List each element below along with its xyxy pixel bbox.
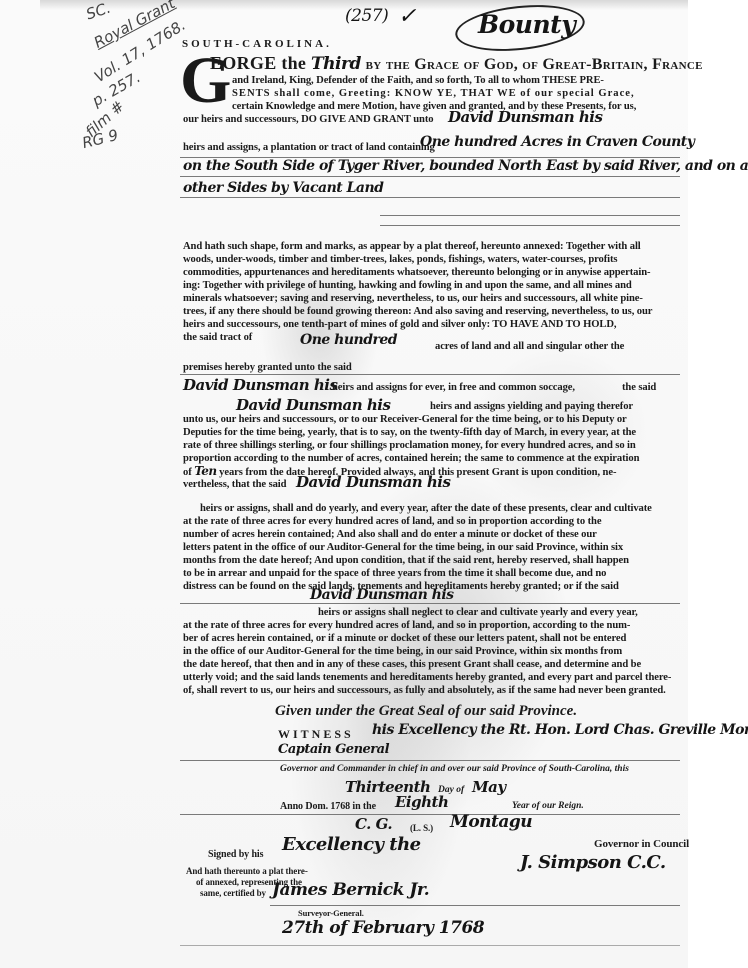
- opening-grace: by the Grace of God, of Great-Britain, F…: [366, 56, 703, 73]
- ruled-line: [270, 905, 680, 906]
- opening-line: EORGE the Third by the Grace of God, of …: [210, 53, 703, 74]
- body-line: proportion according to the number of ac…: [183, 452, 639, 465]
- habendum-grantee: David Dunsman his: [183, 376, 337, 394]
- surveyor-signature: James Bernick Jr.: [272, 880, 429, 900]
- ruled-line: [180, 176, 680, 177]
- body-line: at the rate of three acres for every hun…: [183, 515, 601, 528]
- king-ordinal: Third: [311, 54, 361, 74]
- condition-grantee: David Dunsman his: [296, 473, 450, 491]
- scan-margin: [688, 0, 748, 968]
- body-line: ing: Together with privilege of hunting,…: [183, 279, 632, 292]
- preamble-line-1: and Ireland, King, Defender of the Faith…: [232, 74, 604, 87]
- body-line: unto us, our heirs and successours, or t…: [183, 413, 627, 426]
- check-icon: ✓: [398, 4, 416, 29]
- reign-handwritten: Eighth: [395, 793, 448, 811]
- body-line: heirs or assigns, shall and do yearly, a…: [200, 502, 652, 515]
- ruled-line: [380, 215, 680, 216]
- grant-line: our heirs and successours, DO GIVE AND G…: [183, 113, 433, 126]
- plat-date-handwritten: 27th of February 1768: [282, 918, 484, 938]
- body-line: trees, if any there should be found grow…: [183, 305, 652, 318]
- witness-name-handwritten: his Excellency the Rt. Hon. Lord Chas. G…: [372, 722, 748, 738]
- plat-note-3: same, certified by: [200, 888, 266, 899]
- boundary-line-2: other Sides by Vacant Land: [183, 180, 383, 196]
- body-line: to be in arrear and unpaid for the space…: [183, 567, 606, 580]
- plat-note-1: And hath thereunto a plat there-: [186, 866, 308, 877]
- governor-signature: Montagu: [450, 812, 532, 832]
- body-line: letters patent in the office of our Audi…: [183, 541, 623, 554]
- body-line: heirs or assigns shall neglect to clear …: [318, 606, 638, 619]
- habendum-text: heirs and assigns for ever, in free and …: [332, 381, 575, 394]
- excellency-handwritten: Excellency the: [282, 834, 421, 855]
- month-handwritten: May: [472, 778, 506, 796]
- body-line: of, shall revert to us, our heirs and su…: [183, 684, 666, 697]
- yielding-text: heirs and assigns yielding and paying th…: [430, 400, 633, 413]
- body-line: ber of acres herein contained, or if a m…: [183, 632, 626, 645]
- tract-of-label: the said tract of: [183, 331, 252, 344]
- grantee-4: David Dunsman his: [310, 587, 454, 603]
- ruled-line: [180, 374, 680, 375]
- proviso-of: of: [183, 467, 192, 478]
- body-line: the date hereof, that then and in any of…: [183, 658, 641, 671]
- body-line: in the office of our Auditor-General for…: [183, 645, 622, 658]
- boundary-line-1: on the South Side of Tyger River, bounde…: [183, 158, 748, 174]
- proviso-years-handwritten: Ten: [194, 464, 216, 478]
- grantee-name: David Dunsman his: [448, 108, 602, 126]
- witness-title-handwritten: Captain General: [278, 742, 389, 757]
- signed-by-label: Signed by his: [208, 848, 263, 861]
- preamble-line-2: SENTS shall come, Greeting: KNOW YE, THA…: [232, 87, 635, 100]
- body-line: commodities, appurtenances and hereditam…: [183, 266, 650, 279]
- tract-of-handwritten: One hundred: [300, 332, 397, 348]
- body-line: utterly void; and the said lands tenemen…: [183, 671, 671, 684]
- ruled-line: [180, 197, 680, 198]
- premises-line: premises hereby granted unto the said: [183, 361, 352, 374]
- ruled-line: [180, 603, 680, 604]
- body-line: And hath such shape, form and marks, as …: [183, 240, 641, 253]
- clerk-signature: J. Simpson C.C.: [520, 852, 666, 873]
- governor-in-council-label: Governor in Council: [594, 838, 689, 851]
- body-line: Deputies for the time being, yearly, tha…: [183, 426, 636, 439]
- body-line: minerals whatsoever; saving and reservin…: [183, 292, 643, 305]
- anno-domini: Anno Dom. 1768 in the: [280, 800, 376, 813]
- condition-line: vertheless, that the said: [183, 478, 286, 491]
- body-line: months from the date hereof; And upon co…: [183, 554, 629, 567]
- body-line: number of acres herein contained; And al…: [183, 528, 597, 541]
- body-line: at the rate of three acres for every hun…: [183, 619, 630, 632]
- yielding-grantee: David Dunsman his: [236, 396, 390, 414]
- bounty-label: Bounty: [478, 10, 575, 39]
- witness-label: WITNESS: [278, 728, 354, 741]
- body-line: heirs and successours, one tenth-part of…: [183, 318, 616, 331]
- ruled-line: [180, 760, 680, 761]
- body-line: woods, under-woods, timber and timber-tr…: [183, 253, 617, 266]
- year-of-reign-label: Year of our Reign.: [512, 801, 584, 811]
- great-seal-line: Given under the Great Seal of our said P…: [275, 703, 577, 720]
- tract-line: heirs and assigns, a plantation or tract…: [183, 141, 435, 154]
- tract-of-text: acres of land and all and singular other…: [435, 340, 624, 353]
- habendum-the-said: the said: [622, 381, 656, 394]
- governor-line: Governor and Commander in chief in and o…: [280, 764, 629, 774]
- ruled-line: [180, 945, 680, 946]
- tract-acres-handwritten: One hundred Acres in Craven County: [420, 134, 694, 150]
- body-line: rate of three shillings sterling, or fou…: [183, 439, 636, 452]
- ruled-line: [180, 814, 680, 815]
- ruled-line: [380, 225, 680, 226]
- initials-handwritten: C. G.: [355, 815, 392, 833]
- opening-george: EORGE the: [210, 53, 306, 73]
- page-number: (257): [345, 6, 388, 26]
